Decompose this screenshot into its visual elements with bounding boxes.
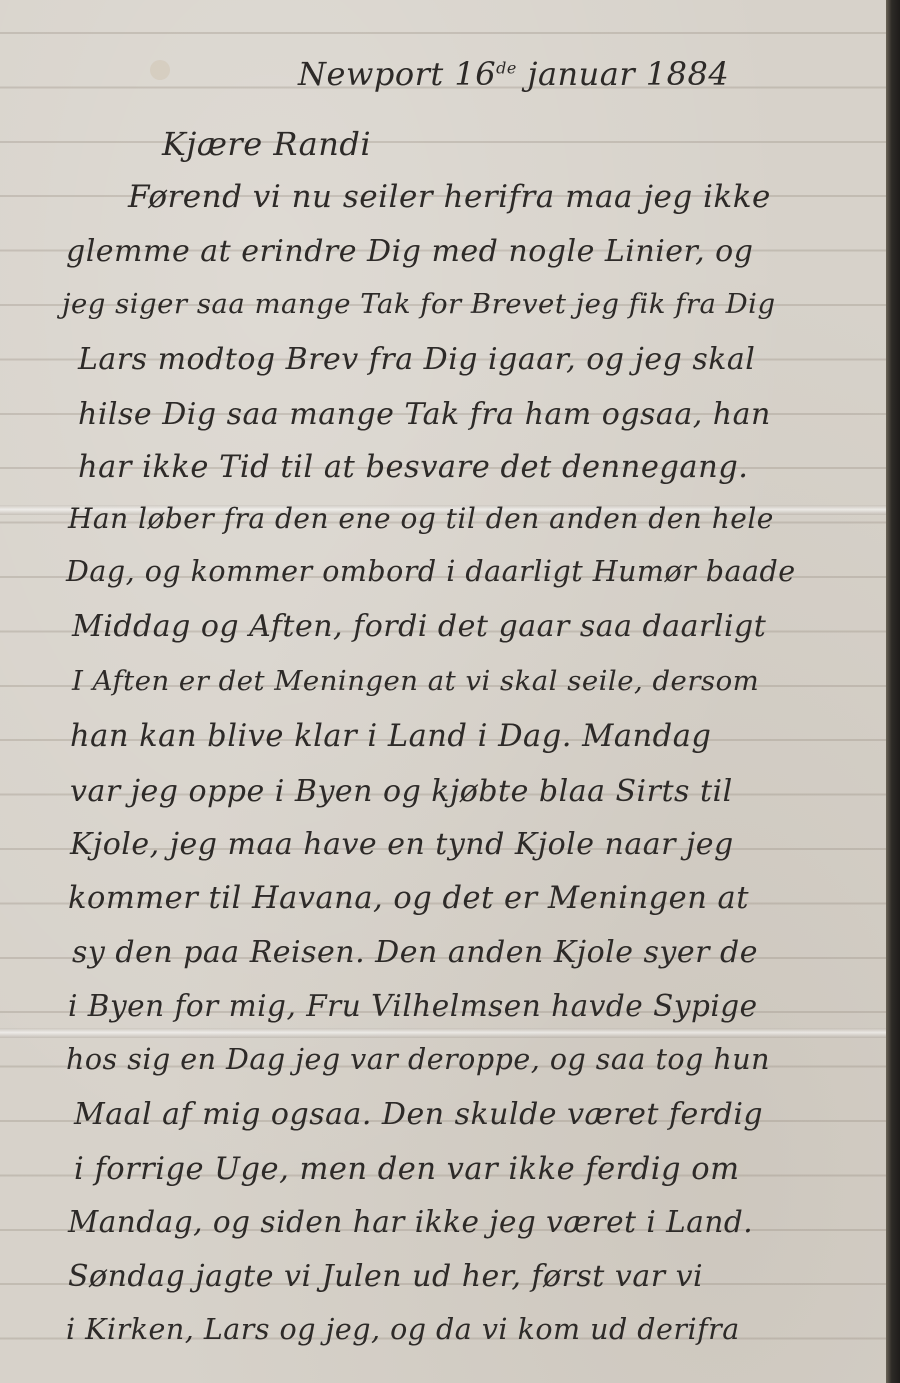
letter-line-22: i Kirken, Lars og jeg, og da vi kom ud d… xyxy=(66,1316,740,1345)
letter-line-18: Maal af mig ogsaa. Den skulde været ferd… xyxy=(74,1100,763,1130)
letter-line-13: Kjole, jeg maa have en tynd Kjole naar j… xyxy=(70,830,734,860)
letter-line-9: Middag og Aften, fordi det gaar saa daar… xyxy=(72,612,766,642)
heading-place: Newport xyxy=(298,55,444,93)
letter-line-8: Dag, og kommer ombord i daarligt Humør b… xyxy=(66,558,796,587)
letter-line-1: Førend vi nu seiler herifra maa jeg ikke xyxy=(128,182,771,213)
letter-line-5: hilse Dig saa mange Tak fra ham ogsaa, h… xyxy=(78,400,771,430)
letter-line-2: glemme at erindre Dig med nogle Linier, … xyxy=(66,237,753,267)
letter-line-11: han kan blive klar i Land i Dag. Mandag xyxy=(70,722,711,753)
heading-day: 16 xyxy=(454,55,496,93)
letter-line-7: Han løber fra den ene og til den anden d… xyxy=(68,505,774,533)
letter-heading: Newport 16de januar 1884 xyxy=(298,58,729,90)
letter-line-17: hos sig en Dag jeg var deroppe, og saa t… xyxy=(66,1046,770,1075)
heading-day-suffix: de xyxy=(496,58,517,77)
letter-line-15: sy den paa Reisen. Den anden Kjole syer … xyxy=(72,938,758,968)
letter-page: Newport 16de januar 1884 Kjære Randi Før… xyxy=(0,0,900,1383)
letter-line-10: I Aften er det Meningen at vi skal seile… xyxy=(72,668,759,696)
heading-month-year: januar 1884 xyxy=(528,55,730,93)
letter-line-3: jeg siger saa mange Tak for Brevet jeg f… xyxy=(62,291,776,319)
letter-line-21: Søndag jagte vi Julen ud her, først var … xyxy=(68,1262,703,1292)
letter-line-6: har ikke Tid til at besvare det dennegan… xyxy=(78,453,748,484)
letter-line-16: i Byen for mig, Fru Vilhelmsen havde Syp… xyxy=(68,992,758,1022)
letter-line-20: Mandag, og siden har ikke jeg været i La… xyxy=(68,1208,753,1238)
letter-line-12: var jeg oppe i Byen og kjøbte blaa Sirts… xyxy=(70,777,733,807)
letter-line-4: Lars modtog Brev fra Dig igaar, og jeg s… xyxy=(78,345,755,375)
page-edge-shadow xyxy=(886,0,900,1383)
letter-line-14: kommer til Havana, og det er Meningen at xyxy=(68,884,749,915)
letter-body: Newport 16de januar 1884 Kjære Randi Før… xyxy=(0,0,886,1383)
salutation: Kjære Randi xyxy=(162,128,371,160)
letter-line-19: i forrige Uge, men den var ikke ferdig o… xyxy=(74,1155,740,1186)
